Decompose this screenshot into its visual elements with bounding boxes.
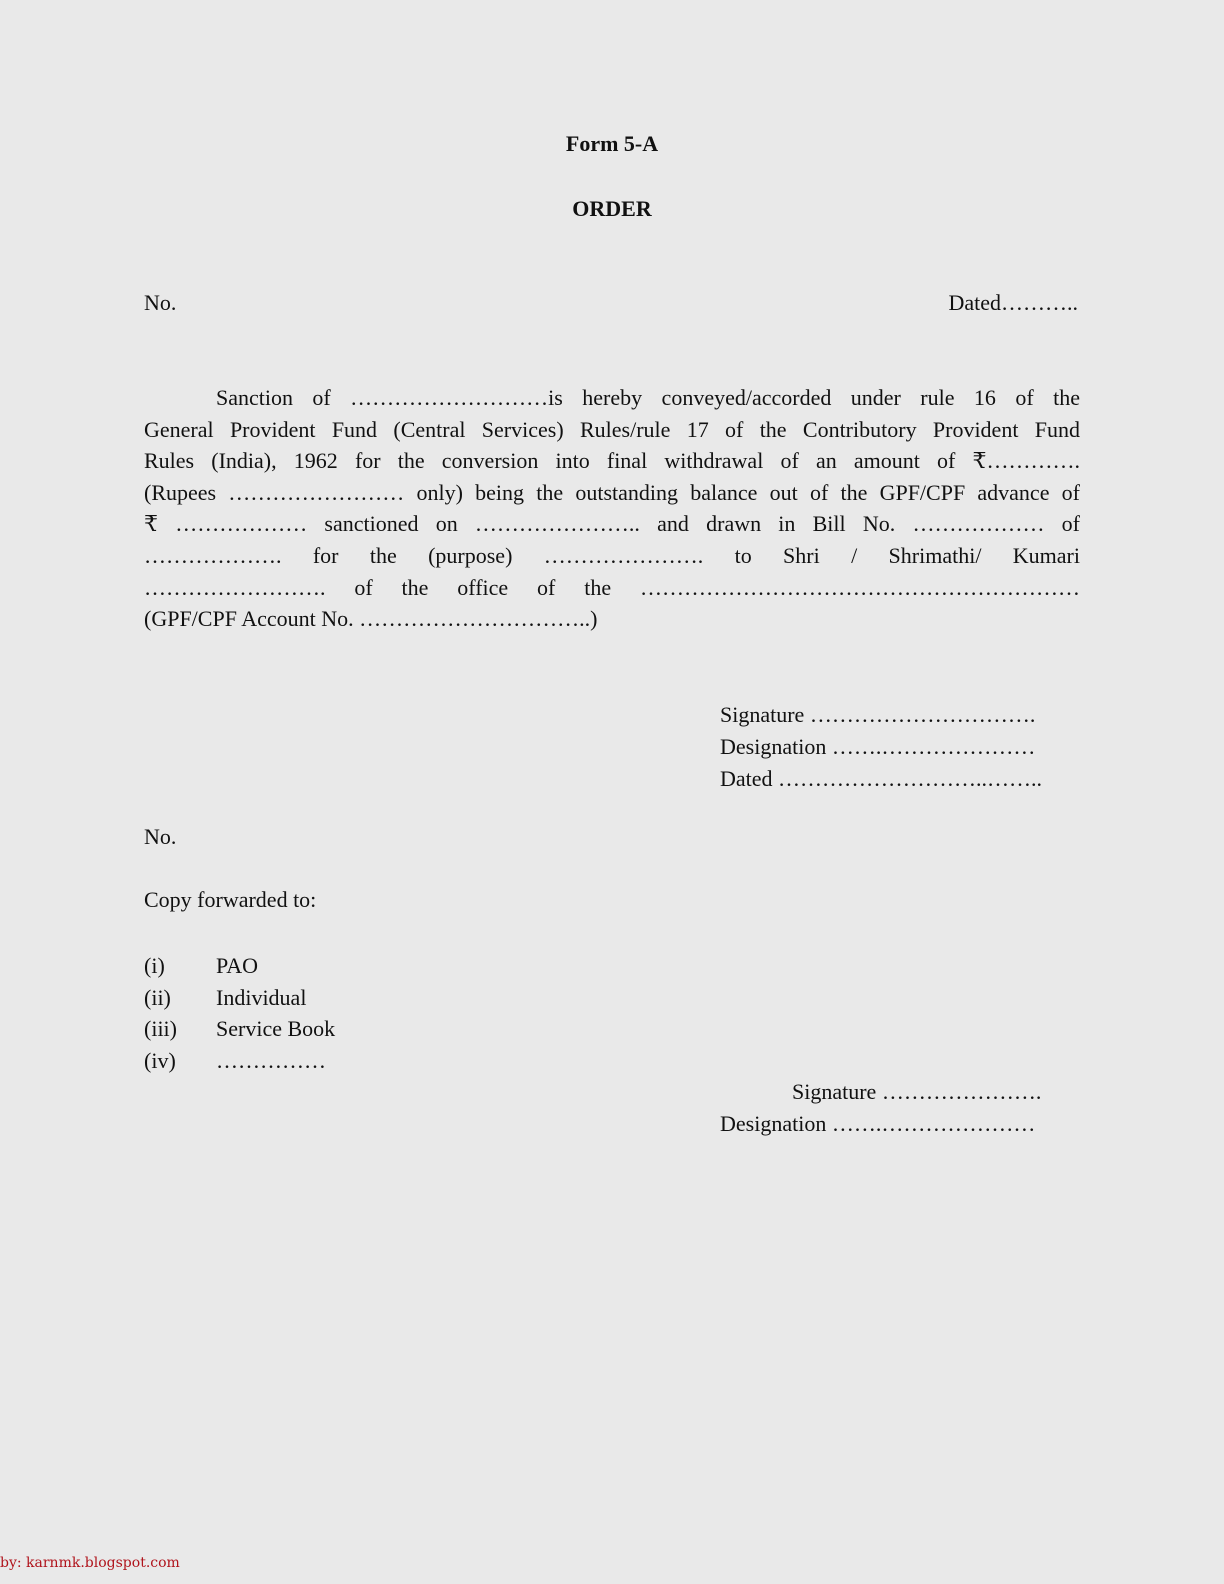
signature-block-2: Signature …………………. Designation …….…………………	[720, 1076, 1041, 1140]
paragraph-line: General Provident Fund (Central Services…	[144, 414, 1080, 446]
list-item-label: Individual	[216, 982, 306, 1014]
designation-field: Designation …….…………………	[720, 1108, 1041, 1140]
paragraph-line: (Rupees …………………… only) being the outstan…	[144, 477, 1080, 509]
paragraph-line: (GPF/CPF Account No. …………………………..)	[144, 603, 1080, 635]
paragraph-line: Rules (India), 1962 for the conversion i…	[144, 445, 1080, 477]
sanction-paragraph: Sanction of ………………………is hereby conveyed/…	[144, 382, 1080, 635]
paragraph-line: ……………………. of the office of the …………………………	[144, 572, 1080, 604]
designation-field: Designation …….…………………	[720, 731, 1042, 763]
list-item: (iv) ……………	[144, 1045, 335, 1077]
list-item-number: (iv)	[144, 1045, 216, 1077]
list-item: (ii) Individual	[144, 982, 335, 1014]
list-item-label: PAO	[216, 950, 258, 982]
list-item-label: ……………	[216, 1045, 326, 1077]
list-item-number: (i)	[144, 950, 216, 982]
copy-forwarded-heading: Copy forwarded to:	[144, 887, 316, 913]
list-item: (iii) Service Book	[144, 1013, 335, 1045]
list-item-number: (ii)	[144, 982, 216, 1014]
signature-field: Signature ………………….	[720, 1076, 1041, 1108]
copy-recipients-list: (i) PAO (ii) Individual (iii) Service Bo…	[144, 950, 335, 1076]
form-title: Form 5-A	[0, 131, 1224, 157]
paragraph-line: Sanction of ………………………is hereby conveyed/…	[144, 382, 1080, 414]
signature-block-1: Signature …………………………. Designation …….…………	[720, 699, 1042, 795]
list-item-number: (iii)	[144, 1013, 216, 1045]
list-item: (i) PAO	[144, 950, 335, 982]
dated-field: Dated ………………………..……..	[720, 763, 1042, 795]
signature-field: Signature ………………………….	[720, 699, 1042, 731]
list-item-label: Service Book	[216, 1013, 335, 1045]
paragraph-line: ………………. for the (purpose) …………………. to Sh…	[144, 540, 1080, 572]
order-title: ORDER	[0, 196, 1224, 222]
paragraph-line: ₹ ……………… sanctioned on ………………….. and dra…	[144, 508, 1080, 540]
copy-number-label: No.	[144, 824, 176, 850]
watermark-footer: by: karnmk.blogspot.com	[0, 1555, 180, 1571]
order-number-label: No.	[144, 290, 176, 316]
order-date-label: Dated………..	[948, 290, 1078, 316]
